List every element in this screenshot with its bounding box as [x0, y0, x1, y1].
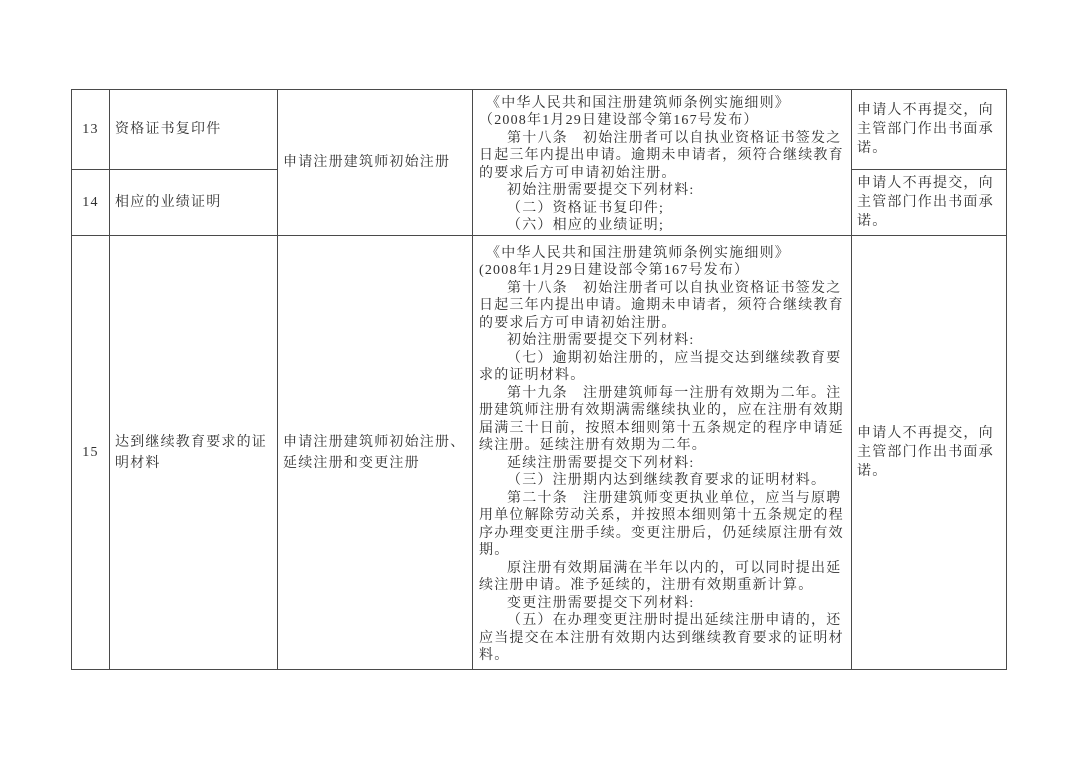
- apply-type-15: 申请注册建筑师初始注册、延续注册和变更注册: [278, 236, 473, 670]
- issue-date-line: （2008年1月29日建设部令第167号发布）: [479, 112, 845, 130]
- row-number-15: 15: [72, 236, 110, 670]
- legal-paragraph: 第十八条 初始注册者可以自执业资格证书签发之日起三年内提出申请。逾期未申请者，须…: [479, 130, 845, 183]
- legal-basis-15: 《中华人民共和国注册建筑师条例实施细则》 (2008年1月29日建设部令第167…: [473, 236, 852, 670]
- legal-paragraph: 初始注册需要提交下列材料:: [479, 332, 845, 350]
- legal-paragraph: 原注册有效期届满在半年以内的，可以同时提出延续注册申请。准予延续的，注册有效期重…: [479, 560, 845, 595]
- legal-paragraph: （三）注册期内达到继续教育要求的证明材料。: [479, 472, 845, 490]
- material-name-14: 相应的业绩证明: [110, 170, 278, 236]
- legal-paragraph: 第二十条 注册建筑师变更执业单位，应当与原聘用单位解除劳动关系，并按照本细则第十…: [479, 490, 845, 560]
- material-name-15: 达到继续教育要求的证明材料: [110, 236, 278, 670]
- table-row-15: 15 达到继续教育要求的证明材料 申请注册建筑师初始注册、延续注册和变更注册 《…: [72, 236, 1007, 670]
- row-number-14: 14: [72, 170, 110, 236]
- material-name-13: 资格证书复印件: [110, 90, 278, 170]
- table-row-13: 13 资格证书复印件 申请注册建筑师初始注册 《中华人民共和国注册建筑师条例实施…: [72, 90, 1007, 170]
- regulation-title: 《中华人民共和国注册建筑师条例实施细则》: [479, 245, 845, 263]
- apply-type-rows-13-14: 申请注册建筑师初始注册: [278, 90, 473, 236]
- legal-basis-rows-13-14: 《中华人民共和国注册建筑师条例实施细则》 （2008年1月29日建设部令第167…: [473, 90, 852, 236]
- legal-paragraph: 第十九条 注册建筑师每一注册有效期为二年。注册建筑师注册有效期满需继续执业的，应…: [479, 385, 845, 455]
- legal-paragraph: （二）资格证书复印件;: [479, 200, 845, 218]
- legal-paragraph: 初始注册需要提交下列材料:: [479, 182, 845, 200]
- legal-paragraph: 变更注册需要提交下列材料:: [479, 595, 845, 613]
- legal-paragraph: 延续注册需要提交下列材料:: [479, 455, 845, 473]
- commitment-13: 申请人不再提交，向主管部门作出书面承诺。: [852, 90, 1007, 170]
- requirements-table: 13 资格证书复印件 申请注册建筑师初始注册 《中华人民共和国注册建筑师条例实施…: [71, 89, 1007, 670]
- legal-paragraph: 第十八条 初始注册者可以自执业资格证书签发之日起三年内提出申请。逾期未申请者，须…: [479, 280, 845, 333]
- legal-paragraph: （六）相应的业绩证明;: [479, 217, 845, 235]
- commitment-15: 申请人不再提交，向主管部门作出书面承诺。: [852, 236, 1007, 670]
- regulation-title: 《中华人民共和国注册建筑师条例实施细则》: [479, 95, 845, 113]
- legal-paragraph: （七）逾期初始注册的，应当提交达到继续教育要求的证明材料。: [479, 350, 845, 385]
- commitment-14: 申请人不再提交，向主管部门作出书面承诺。: [852, 170, 1007, 236]
- issue-date-line: (2008年1月29日建设部令第167号发布）: [479, 262, 845, 280]
- row-number-13: 13: [72, 90, 110, 170]
- legal-paragraph: （五）在办理变更注册时提出延续注册申请的，还应当提交在本注册有效期内达到继续教育…: [479, 612, 845, 665]
